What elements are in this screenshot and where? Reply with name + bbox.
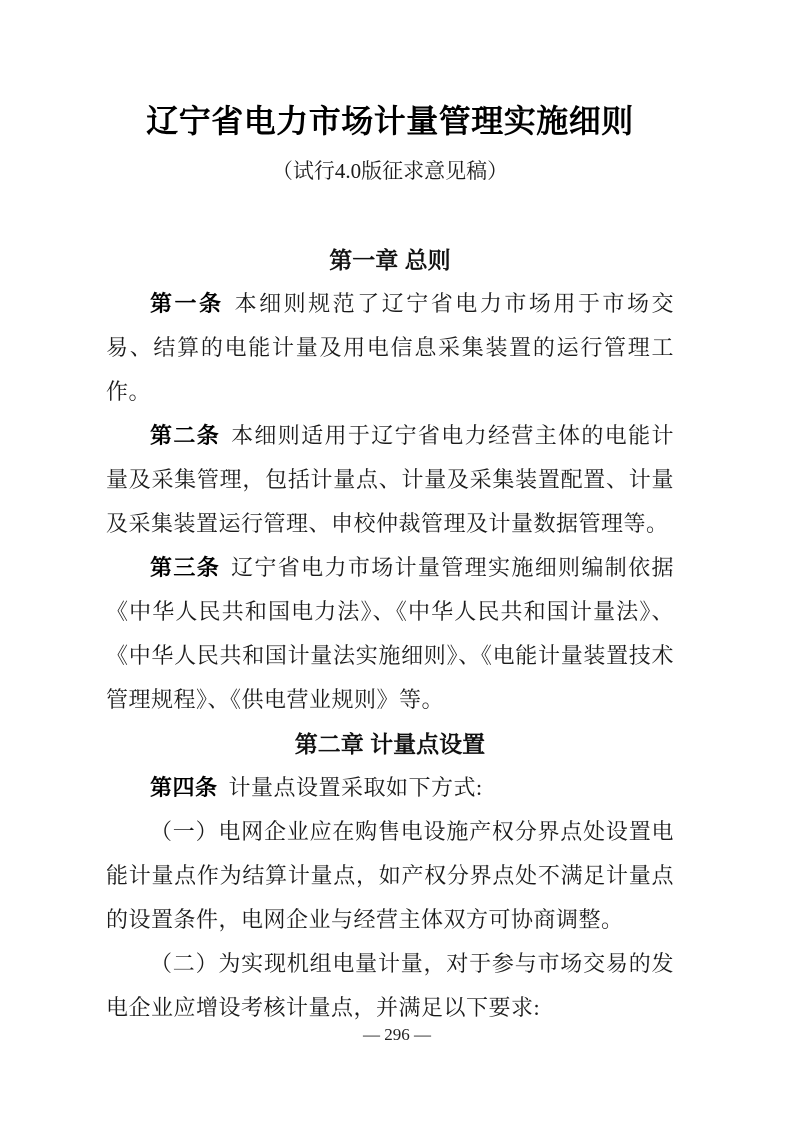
article-3-number: 第三条 — [150, 555, 220, 580]
item-1-text: （一）电网企业应在购售电设施产权分界点处设置电能计量点作为结算计量点，如产权分界… — [106, 819, 674, 932]
paragraph-article-3: 第三条辽宁省电力市场计量管理实施细则编制依据《中华人民共和国电力法》、《中华人民… — [106, 546, 674, 722]
chapter-1-heading: 第一章 总则 — [106, 238, 674, 282]
page-number: — 296 — — [0, 1023, 794, 1047]
article-4-number: 第四条 — [150, 775, 218, 800]
article-1-number: 第一条 — [150, 291, 224, 316]
document-subtitle: （试行4.0版征求意见稿） — [106, 156, 674, 186]
paragraph-item-2: （二）为实现机组电量计量，对于参与市场交易的发电企业应增设考核计量点，并满足以下… — [106, 942, 674, 1030]
article-4-text: 计量点设置采取如下方式: — [229, 775, 483, 800]
paragraph-article-4: 第四条计量点设置采取如下方式: — [106, 766, 674, 810]
chapter-2-heading: 第二章 计量点设置 — [106, 722, 674, 766]
item-2-text: （二）为实现机组电量计量，对于参与市场交易的发电企业应增设考核计量点，并满足以下… — [106, 951, 674, 1020]
paragraph-article-1: 第一条本细则规范了辽宁省电力市场用于市场交易、结算的电能计量及用电信息采集装置的… — [106, 282, 674, 414]
article-2-number: 第二条 — [150, 423, 220, 448]
paragraph-item-1: （一）电网企业应在购售电设施产权分界点处设置电能计量点作为结算计量点，如产权分界… — [106, 810, 674, 942]
paragraph-article-2: 第二条本细则适用于辽宁省电力经营主体的电能计量及采集管理，包括计量点、计量及采集… — [106, 414, 674, 546]
document-page: 辽宁省电力市场计量管理实施细则 （试行4.0版征求意见稿） 第一章 总则 第一条… — [0, 0, 794, 1123]
document-title: 辽宁省电力市场计量管理实施细则 — [106, 100, 674, 142]
